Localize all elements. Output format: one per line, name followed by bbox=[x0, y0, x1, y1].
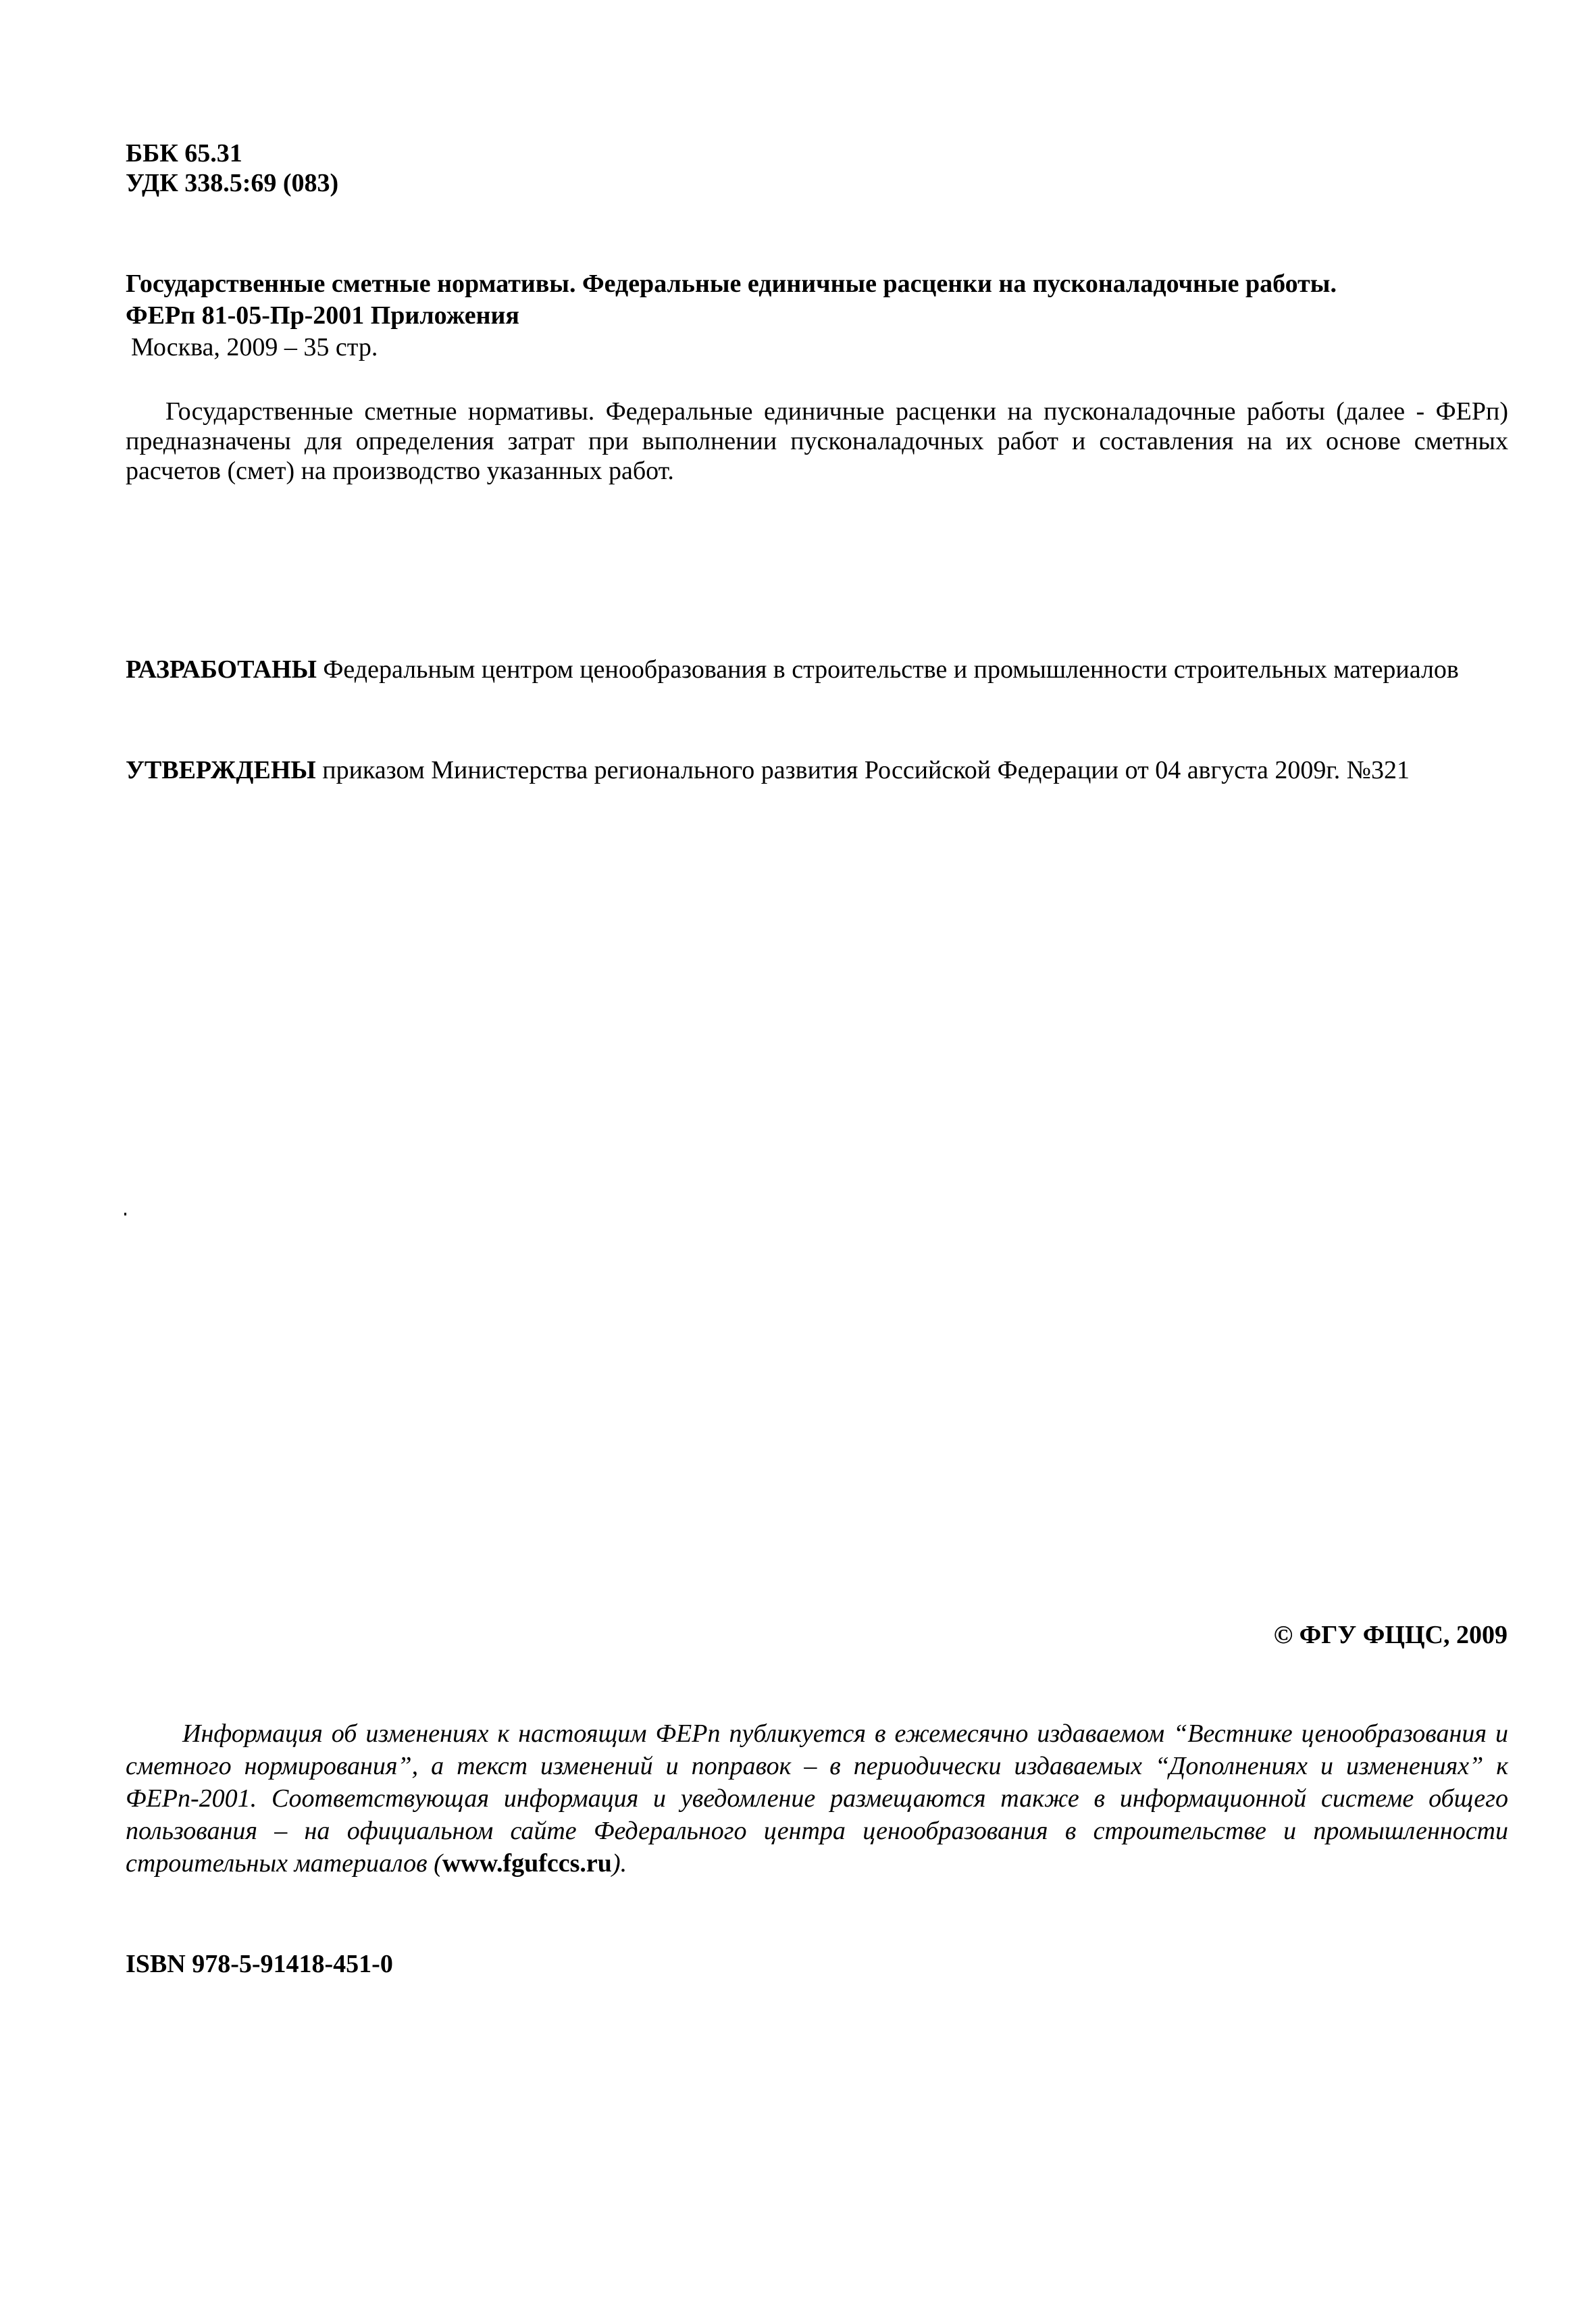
approved-label: УТВЕРЖДЕНЫ bbox=[126, 756, 316, 784]
changes-info-paragraph: Информация об изменениях к настоящим ФЕР… bbox=[126, 1717, 1508, 1880]
title-line-2: ФЕРп 81-05-Пр-2001 Приложения bbox=[126, 300, 1508, 332]
bbk-code: ББК 65.31 bbox=[126, 139, 1508, 168]
document-page: ББК 65.31 УДК 338.5:69 (083) Государстве… bbox=[0, 0, 1596, 2314]
developed-label: РАЗРАБОТАНЫ bbox=[126, 655, 317, 684]
isbn: ISBN 978-5-91418-451-0 bbox=[126, 1949, 1508, 1979]
title-line-1: Государственные сметные нормативы. Федер… bbox=[126, 268, 1508, 300]
classification-codes: ББК 65.31 УДК 338.5:69 (083) bbox=[126, 139, 1508, 198]
changes-info-text: Информация об изменениях к настоящим ФЕР… bbox=[126, 1719, 1508, 1878]
bibliographic-title: Государственные сметные нормативы. Федер… bbox=[126, 268, 1508, 363]
description-paragraph: Государственные сметные нормативы. Федер… bbox=[126, 397, 1508, 486]
changes-info-tail: ). bbox=[612, 1849, 627, 1878]
developed-by: РАЗРАБОТАНЫ Федеральным центром ценообра… bbox=[126, 654, 1508, 686]
approved-text: приказом Министерства регионального разв… bbox=[322, 756, 1410, 784]
developed-text: Федеральным центром ценообразования в ст… bbox=[323, 655, 1458, 684]
udk-code: УДК 338.5:69 (083) bbox=[126, 168, 1508, 198]
imprint: Москва, 2009 – 35 стр. bbox=[126, 332, 1508, 363]
scan-speck bbox=[124, 1213, 126, 1215]
copyright-notice: © ФГУ ФЦЦС, 2009 bbox=[1274, 1620, 1508, 1650]
approved-by: УТВЕРЖДЕНЫ приказом Министерства региона… bbox=[126, 755, 1508, 786]
website-link[interactable]: www.fgufccs.ru bbox=[442, 1849, 612, 1878]
